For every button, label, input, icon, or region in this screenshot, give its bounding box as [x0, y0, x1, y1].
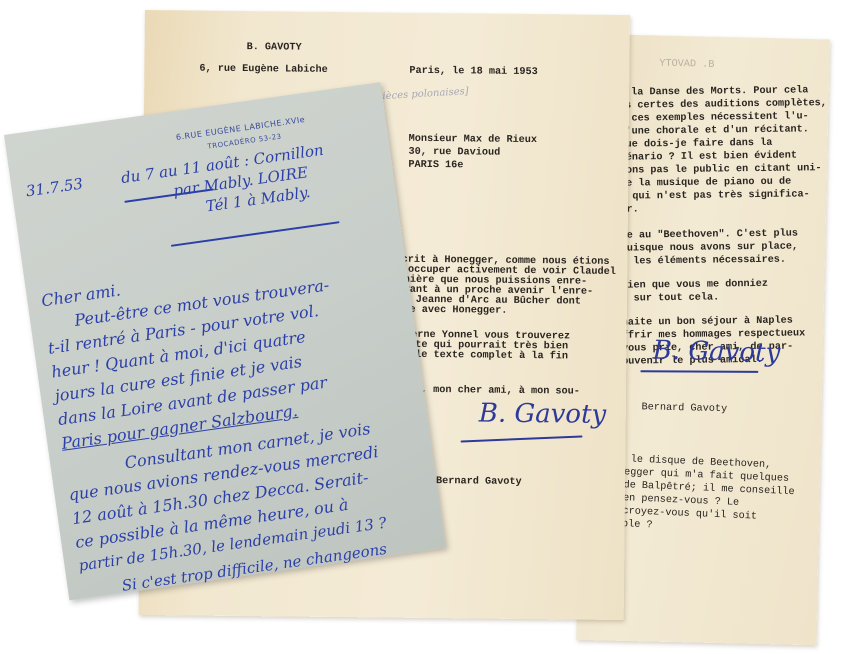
recipient-line-3: PARIS 16e	[408, 159, 463, 173]
body-line: e qui n'est pas très significa-	[620, 188, 810, 203]
recipient-line-2: 30, rue Davioud	[408, 146, 500, 160]
card-date: 31.7.53	[25, 175, 84, 201]
recipient-line-1: Monsieur Max de Rieux	[409, 133, 538, 147]
pencil-note: [pièces polonaises]	[372, 86, 469, 103]
signature-underline-middle	[461, 435, 583, 442]
signature-underline-right	[640, 370, 758, 373]
sender-address: 6, rue Eugène Labiche	[199, 63, 328, 77]
typed-name-middle: Bernard Gavoty	[436, 475, 522, 489]
signature-right: B. Gavoty	[652, 336, 780, 369]
body-line: bien que vous me donniez	[621, 278, 768, 293]
mirrored-header: YTOVAD .B	[659, 58, 714, 72]
body-line: s les éléments nécessaires.	[621, 254, 786, 269]
address-underline-long	[171, 221, 340, 247]
signature-middle: B. Gavoty	[479, 399, 607, 430]
handwritten-card: 6.RUE EUGÈNE LABICHE.XVIe TROCADÉRO 53-2…	[4, 82, 446, 600]
body-line: rons pas le public en citant uni-	[620, 162, 822, 177]
body-line: d'une chorale et d'un récitant.	[619, 123, 809, 138]
typed-name-right: Bernard Gavoty	[641, 401, 727, 416]
sender-name: B. GAVOTY	[247, 41, 302, 55]
body-line: s sur tout cela.	[621, 291, 719, 305]
letter-date: Paris, le 18 mai 1953	[409, 65, 538, 79]
